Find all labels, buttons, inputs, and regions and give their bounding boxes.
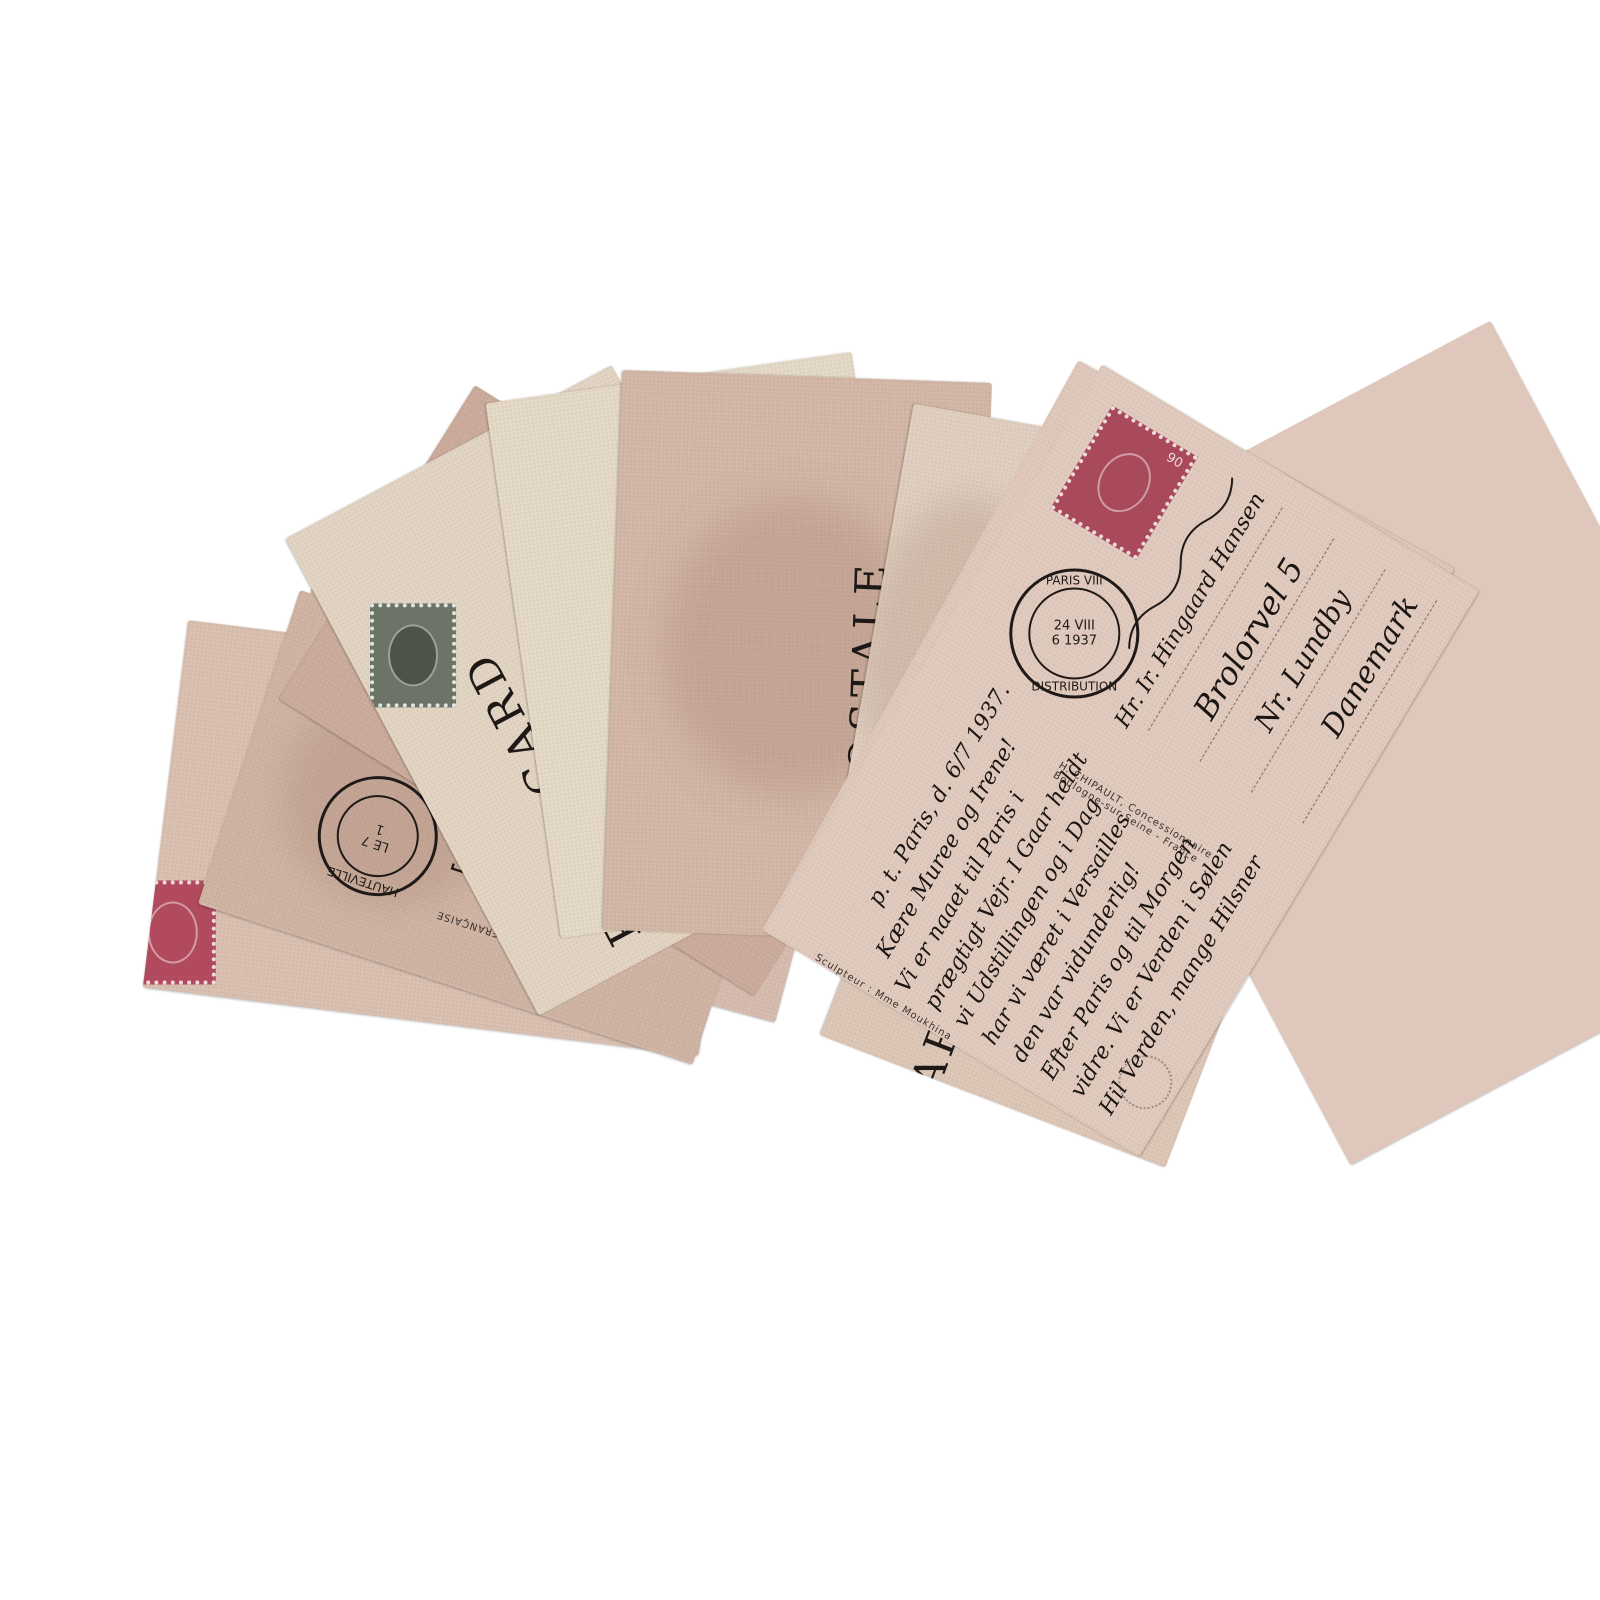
postcard-5-stamp: [370, 603, 456, 707]
stamp-portrait-icon: [148, 901, 198, 963]
stamp-portrait-icon: [388, 624, 438, 686]
postcard-fan: Dear tel. in 5 days, return to HAUTEVILL…: [0, 0, 1600, 1600]
stamp-portrait-icon: [1087, 443, 1162, 522]
